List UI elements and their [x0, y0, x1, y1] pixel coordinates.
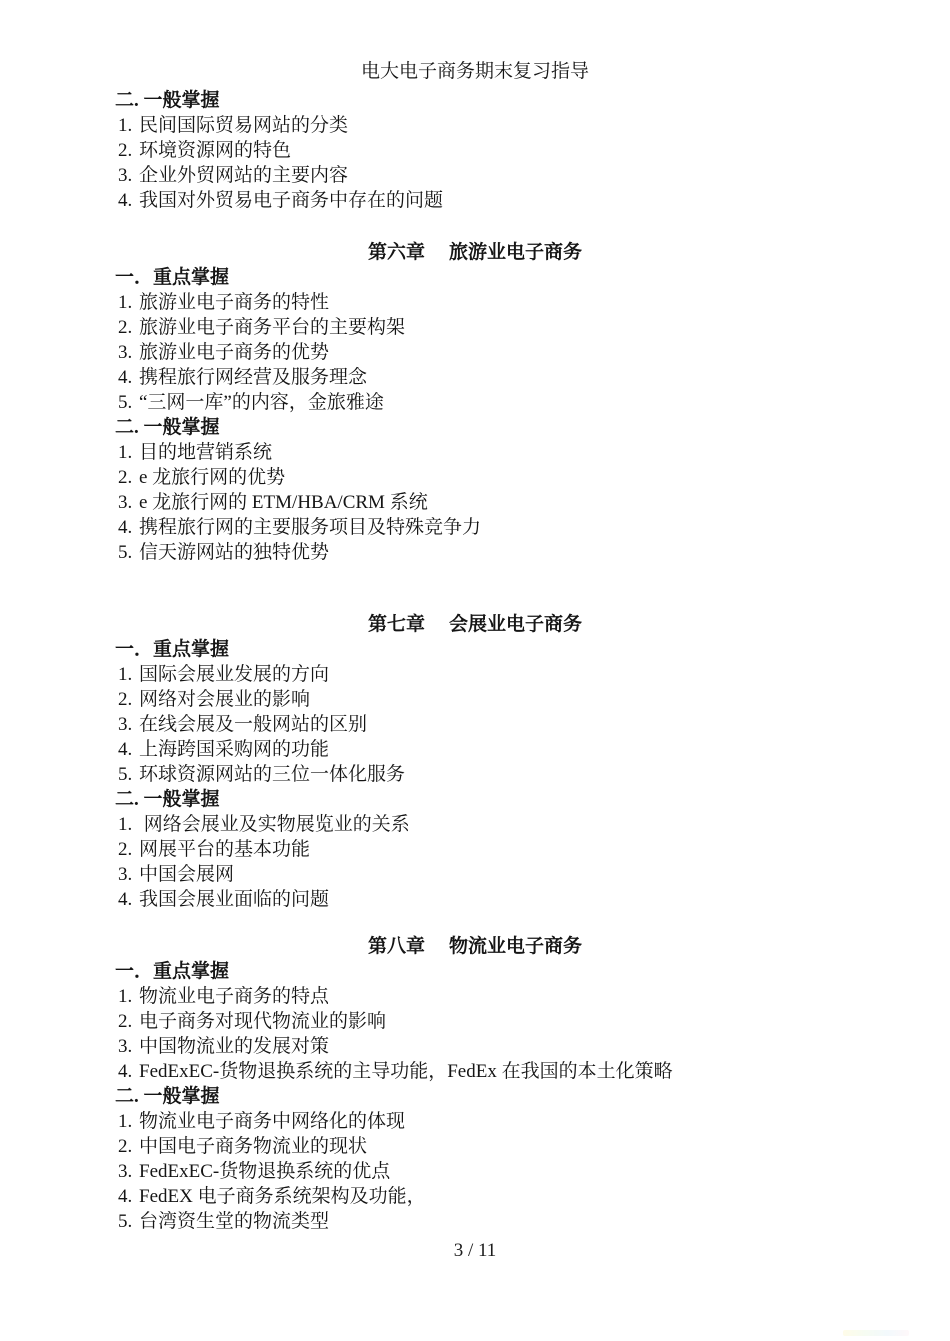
- section-header-key: 一．重点掌握: [0, 265, 950, 290]
- list-item: 1.国际会展业发展的方向: [0, 662, 950, 687]
- item-number: 2.: [118, 315, 139, 340]
- item-text: 中国物流业的发展对策: [139, 1036, 329, 1057]
- list-item: 2.环境资源网的特色: [0, 138, 950, 163]
- item-number: 2.: [118, 465, 139, 490]
- item-text: 目的地营销系统: [139, 442, 272, 463]
- list-item: 2.网络对会展业的影响: [0, 687, 950, 712]
- list-item: 5.台湾资生堂的物流类型: [0, 1209, 950, 1234]
- item-number: 1.: [118, 440, 139, 465]
- item-number: 4.: [118, 737, 139, 762]
- chapter-number: 第七章: [368, 614, 425, 635]
- item-number: 4.: [118, 188, 139, 213]
- item-number: 3.: [118, 862, 139, 887]
- item-text: 上海跨国采购网的功能: [139, 739, 329, 760]
- document-title: 电大电子商务期末复习指导: [0, 59, 950, 84]
- item-number: 4.: [118, 515, 139, 540]
- chapter-number: 第六章: [368, 242, 425, 263]
- section-header-general: 二. 一般掌握: [0, 88, 950, 113]
- item-text: 企业外贸网站的主要内容: [139, 165, 348, 186]
- section-header-general: 二. 一般掌握: [0, 415, 950, 440]
- item-text: 网络会展业及实物展览业的关系: [139, 814, 410, 835]
- list-item: 4.我国对外贸易电子商务中存在的问题: [0, 188, 950, 213]
- item-number: 4.: [118, 365, 139, 390]
- item-text: 环球资源网站的三位一体化服务: [139, 764, 405, 785]
- list-item: 4.上海跨国采购网的功能: [0, 737, 950, 762]
- item-number: 3.: [118, 712, 139, 737]
- list-item: 2.网展平台的基本功能: [0, 837, 950, 862]
- list-item: 4.FedEX 电子商务系统架构及功能，: [0, 1184, 950, 1209]
- list-item: 2.中国电子商务物流业的现状: [0, 1134, 950, 1159]
- list-item: 3.e 龙旅行网的 ETM/HBA/CRM 系统: [0, 490, 950, 515]
- item-number: 1.: [118, 662, 139, 687]
- item-number: 1.: [118, 1109, 139, 1134]
- section-header-general: 二. 一般掌握: [0, 1084, 950, 1109]
- item-text: 国际会展业发展的方向: [139, 664, 329, 685]
- list-item: 2.旅游业电子商务平台的主要构架: [0, 315, 950, 340]
- study-point-list: 1.物流业电子商务中网络化的体现2.中国电子商务物流业的现状3.FedExEC-…: [0, 1109, 950, 1234]
- item-number: 3.: [118, 1034, 139, 1059]
- study-point-list: 1.目的地营销系统2.e 龙旅行网的优势3.e 龙旅行网的 ETM/HBA/CR…: [0, 440, 950, 565]
- item-text: 旅游业电子商务的优势: [139, 342, 329, 363]
- list-item: 3.在线会展及一般网站的区别: [0, 712, 950, 737]
- item-text: 民间国际贸易网站的分类: [139, 115, 348, 136]
- list-item: 1. 网络会展业及实物展览业的关系: [0, 812, 950, 837]
- item-text: 我国会展业面临的问题: [139, 889, 329, 910]
- item-text: 携程旅行网的主要服务项目及特殊竞争力: [139, 517, 481, 538]
- chapter-number: 第八章: [368, 936, 425, 957]
- study-point-list: 1.民间国际贸易网站的分类2.环境资源网的特色3.企业外贸网站的主要内容4.我国…: [0, 113, 950, 213]
- chapter-title: 会展业电子商务: [449, 614, 582, 635]
- item-text: e 龙旅行网的 ETM/HBA/CRM 系统: [139, 492, 428, 513]
- list-item: 4.我国会展业面临的问题: [0, 887, 950, 912]
- item-text: 中国电子商务物流业的现状: [139, 1136, 367, 1157]
- faint-watermark: [843, 1330, 909, 1336]
- list-item: 1.旅游业电子商务的特性: [0, 290, 950, 315]
- list-item: 5.“三网一库”的内容，金旅雅途: [0, 390, 950, 415]
- item-text: 旅游业电子商务的特性: [139, 292, 329, 313]
- page-number: 3 / 11: [0, 1238, 950, 1263]
- item-number: 1.: [118, 984, 139, 1009]
- item-text: FedEX 电子商务系统架构及功能，: [139, 1186, 426, 1207]
- item-number: 2.: [118, 687, 139, 712]
- list-item: 1.民间国际贸易网站的分类: [0, 113, 950, 138]
- item-text: 中国会展网: [139, 864, 234, 885]
- list-item: 4.携程旅行网的主要服务项目及特殊竞争力: [0, 515, 950, 540]
- item-number: 4.: [118, 1059, 139, 1084]
- list-item: 3.中国物流业的发展对策: [0, 1034, 950, 1059]
- item-text: FedExEC-货物退换系统的优点: [139, 1161, 390, 1182]
- list-item: 5.环球资源网站的三位一体化服务: [0, 762, 950, 787]
- item-number: 4.: [118, 887, 139, 912]
- document-page: 电大电子商务期末复习指导 二. 一般掌握 1.民间国际贸易网站的分类2.环境资源…: [0, 0, 950, 1341]
- list-item: 4.携程旅行网经营及服务理念: [0, 365, 950, 390]
- list-item: 1.目的地营销系统: [0, 440, 950, 465]
- item-number: 5.: [118, 762, 139, 787]
- item-number: 5.: [118, 1209, 139, 1234]
- item-number: 2.: [118, 1009, 139, 1034]
- list-item: 4.FedExEC-货物退换系统的主导功能，FedEx 在我国的本土化策略: [0, 1059, 950, 1084]
- item-text: 网络对会展业的影响: [139, 689, 310, 710]
- study-point-list: 1.国际会展业发展的方向2.网络对会展业的影响3.在线会展及一般网站的区别4.上…: [0, 662, 950, 787]
- item-text: “三网一库”的内容，金旅雅途: [139, 392, 384, 413]
- item-number: 4.: [118, 1184, 139, 1209]
- item-number: 5.: [118, 390, 139, 415]
- study-point-list: 1.物流业电子商务的特点2.电子商务对现代物流业的影响3.中国物流业的发展对策4…: [0, 984, 950, 1084]
- item-text: 旅游业电子商务平台的主要构架: [139, 317, 405, 338]
- chapter-title: 物流业电子商务: [449, 936, 582, 957]
- item-number: 3.: [118, 1159, 139, 1184]
- section-header-key: 一．重点掌握: [0, 637, 950, 662]
- item-text: 台湾资生堂的物流类型: [139, 1211, 329, 1232]
- item-text: 物流业电子商务中网络化的体现: [139, 1111, 405, 1132]
- section-header-key: 一．重点掌握: [0, 959, 950, 984]
- study-point-list: 1.旅游业电子商务的特性2.旅游业电子商务平台的主要构架3.旅游业电子商务的优势…: [0, 290, 950, 415]
- item-number: 2.: [118, 138, 139, 163]
- list-item: 3.FedExEC-货物退换系统的优点: [0, 1159, 950, 1184]
- list-item: 5.信天游网站的独特优势: [0, 540, 950, 565]
- item-number: 2.: [118, 1134, 139, 1159]
- item-number: 2.: [118, 837, 139, 862]
- item-text: 在线会展及一般网站的区别: [139, 714, 367, 735]
- item-text: 我国对外贸易电子商务中存在的问题: [139, 190, 443, 211]
- list-item: 1.物流业电子商务中网络化的体现: [0, 1109, 950, 1134]
- item-text: e 龙旅行网的优势: [139, 467, 285, 488]
- section-header-general: 二. 一般掌握: [0, 787, 950, 812]
- item-number: 1.: [118, 113, 139, 138]
- list-item: 2.e 龙旅行网的优势: [0, 465, 950, 490]
- item-text: 携程旅行网经营及服务理念: [139, 367, 367, 388]
- item-number: 1.: [118, 812, 139, 837]
- list-item: 3.中国会展网: [0, 862, 950, 887]
- chapter-heading-8: 第八章物流业电子商务: [0, 934, 950, 959]
- item-text: 电子商务对现代物流业的影响: [139, 1011, 386, 1032]
- item-text: 信天游网站的独特优势: [139, 542, 329, 563]
- list-item: 3.旅游业电子商务的优势: [0, 340, 950, 365]
- study-point-list: 1. 网络会展业及实物展览业的关系2.网展平台的基本功能3.中国会展网4.我国会…: [0, 812, 950, 912]
- item-number: 5.: [118, 540, 139, 565]
- list-item: 2.电子商务对现代物流业的影响: [0, 1009, 950, 1034]
- item-number: 3.: [118, 340, 139, 365]
- item-number: 1.: [118, 290, 139, 315]
- item-text: 环境资源网的特色: [139, 140, 291, 161]
- item-text: 网展平台的基本功能: [139, 839, 310, 860]
- list-item: 3.企业外贸网站的主要内容: [0, 163, 950, 188]
- item-text: 物流业电子商务的特点: [139, 986, 329, 1007]
- chapter-heading-6: 第六章旅游业电子商务: [0, 240, 950, 265]
- item-number: 3.: [118, 490, 139, 515]
- item-text: FedExEC-货物退换系统的主导功能，FedEx 在我国的本土化策略: [139, 1061, 673, 1082]
- item-number: 3.: [118, 163, 139, 188]
- list-item: 1.物流业电子商务的特点: [0, 984, 950, 1009]
- chapter-title: 旅游业电子商务: [449, 242, 582, 263]
- chapter-heading-7: 第七章会展业电子商务: [0, 612, 950, 637]
